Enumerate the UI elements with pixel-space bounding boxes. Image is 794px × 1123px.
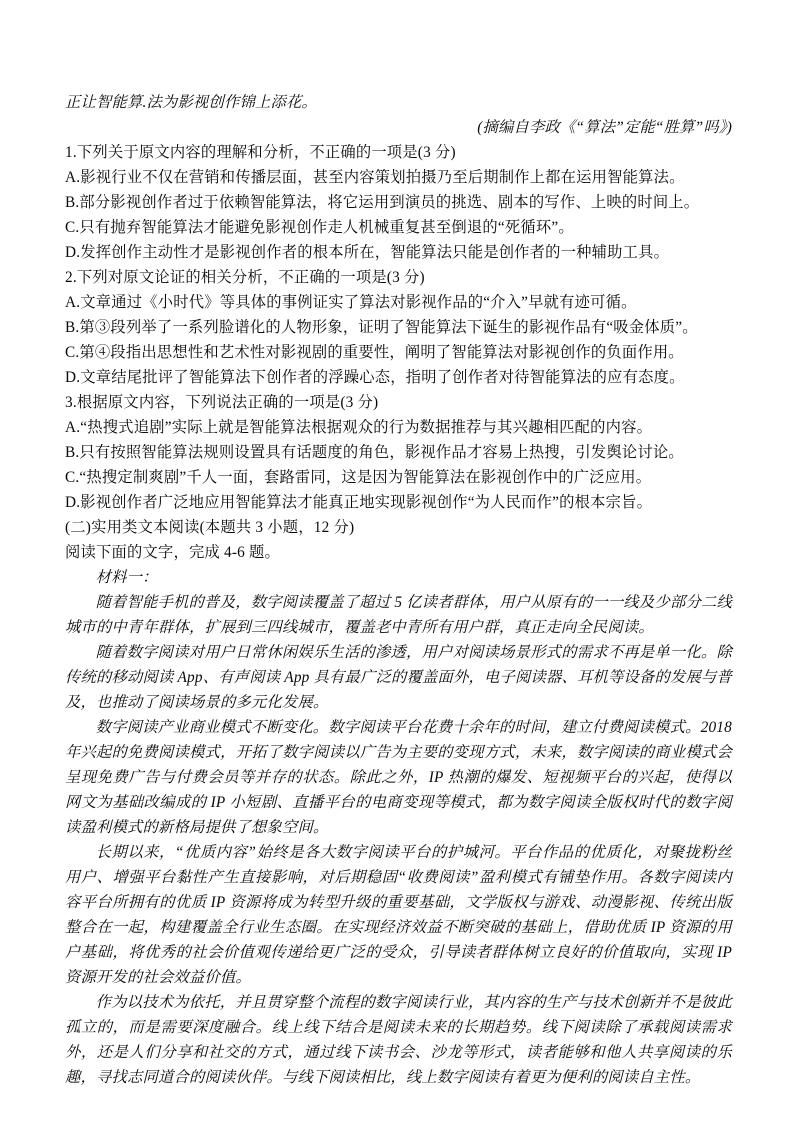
material-paragraph-2: 随着数字阅读对用户日常休闲娱乐生活的渗透，用户对阅读场景形式的需求不再是单一化。… [65, 640, 732, 715]
question-3-option-c: C.“热搜定制爽剧”千人一面，套路雷同，这是因为智能算法在影视创作中的广泛应用。 [65, 465, 732, 490]
material-paragraph-5: 作为以技术为依托，并且贯穿整个流程的数字阅读行业，其内容的生产与技术创新并不是彼… [65, 990, 732, 1090]
exam-paper-page: 正让智能算.法为影视创作锦上添花。 (摘编自李政《“算法”定能“胜算”吗》) 1… [0, 0, 794, 1123]
source-attribution: (摘编自李政《“算法”定能“胜算”吗》) [65, 115, 732, 140]
material-one-label: 材料一： [65, 565, 732, 590]
question-1-stem: 1.下列关于原文内容的理解和分析，不正确的一项是(3 分) [65, 140, 732, 165]
question-3-stem: 3.根据原文内容，下列说法正确的一项是(3 分) [65, 390, 732, 415]
question-1-option-d: D.发挥创作主动性才是影视创作者的根本所在，智能算法只能是创作者的一种辅助工具。 [65, 240, 732, 265]
section-two-instruction: 阅读下面的文字，完成 4-6 题。 [65, 540, 732, 565]
question-1-option-b: B.部分影视创作者过于依赖智能算法，将它运用到演员的挑选、剧本的写作、上映的时间… [65, 190, 732, 215]
question-3-option-b: B.只有按照智能算法规则设置具有话题度的角色，影视作品才容易上热搜，引发舆论讨论… [65, 440, 732, 465]
material-paragraph-1: 随着智能手机的普及，数字阅读覆盖了超过 5 亿读者群体，用户从原有的一一线及少部… [65, 590, 732, 640]
section-two-practical-reading: (二)实用类文本阅读(本题共 3 小题，12 分) 阅读下面的文字，完成 4-6… [65, 515, 732, 1090]
question-2-stem: 2.下列对原文论证的相关分析，不正确的一项是(3 分) [65, 265, 732, 290]
question-1: 1.下列关于原文内容的理解和分析，不正确的一项是(3 分) A.影视行业不仅在营… [65, 140, 732, 265]
question-3-option-d: D.影视创作者广泛地应用智能算法才能真正地实现影视创作“为人民而作”的根本宗旨。 [65, 490, 732, 515]
question-1-option-c: C.只有抛弃智能算法才能避免影视创作走人机械重复甚至倒退的“死循环”。 [65, 215, 732, 240]
question-2-option-a: A.文章通过《小时代》等具体的事例证实了算法对影视作品的“介入”早就有迹可循。 [65, 290, 732, 315]
question-2-option-c: C.第④段指出思想性和艺术性对影视剧的重要性，阐明了智能算法对影视创作的负面作用… [65, 340, 732, 365]
question-2: 2.下列对原文论证的相关分析，不正确的一项是(3 分) A.文章通过《小时代》等… [65, 265, 732, 390]
question-2-option-b: B.第③段列举了一系列脸谱化的人物形象，证明了智能算法下诞生的影视作品有“吸金体… [65, 315, 732, 340]
question-1-option-a: A.影视行业不仅在营销和传播层面，甚至内容策划拍摄乃至后期制作上都在运用智能算法… [65, 165, 732, 190]
page-content: 正让智能算.法为影视创作锦上添花。 (摘编自李政《“算法”定能“胜算”吗》) 1… [65, 90, 732, 1090]
question-3: 3.根据原文内容，下列说法正确的一项是(3 分) A.“热搜式追剧”实际上就是智… [65, 390, 732, 515]
material-paragraph-3: 数字阅读产业商业模式不断变化。数字阅读平台花费十余年的时间，建立付费阅读模式。2… [65, 715, 732, 840]
material-paragraph-4: 长期以来，“优质内容”始终是各大数字阅读平台的护城河。平台作品的优质化，对聚拢粉… [65, 840, 732, 990]
section-two-heading: (二)实用类文本阅读(本题共 3 小题，12 分) [65, 515, 732, 540]
question-3-option-a: A.“热搜式追剧”实际上就是智能算法根据观众的行为数据推荐与其兴趣相匹配的内容。 [65, 415, 732, 440]
question-2-option-d: D.文章结尾批评了智能算法下创作者的浮躁心态，指明了创作者对待智能算法的应有态度… [65, 365, 732, 390]
passage-closing-line: 正让智能算.法为影视创作锦上添花。 [65, 90, 732, 115]
